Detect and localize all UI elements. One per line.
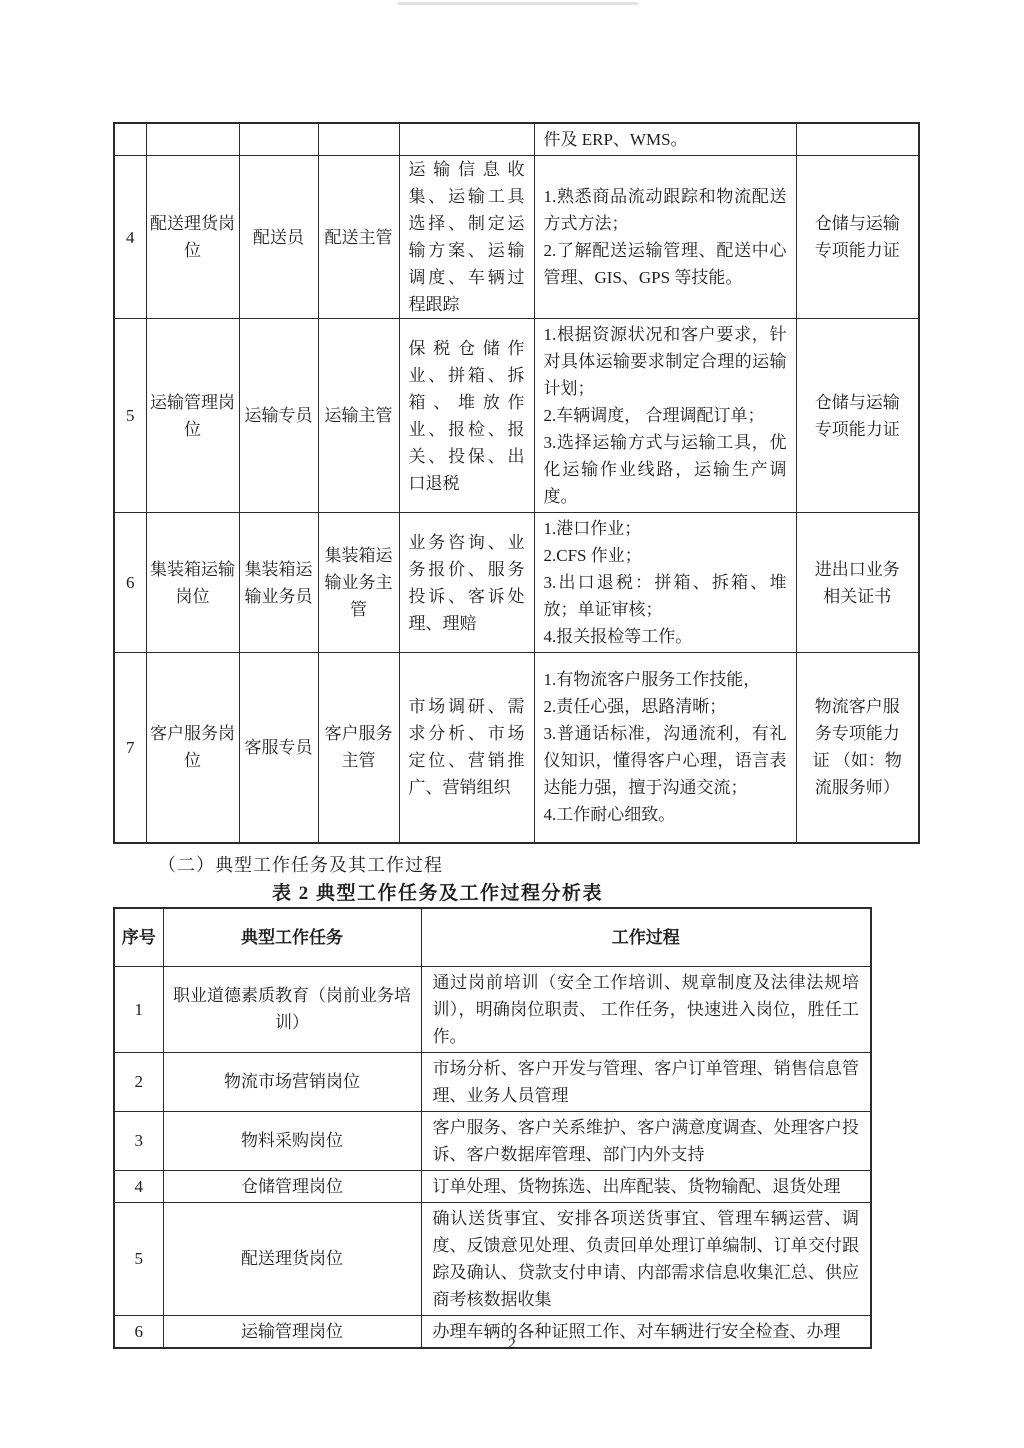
cell-position: 运输管理岗位 (146, 319, 239, 513)
cell-staff-title: 集装箱运输业务员 (239, 513, 318, 653)
cell-position: 客户服务岗位 (146, 653, 239, 843)
cell-task: 职业道德素质教育（岗前业务培训） (163, 966, 421, 1052)
header-process: 工作过程 (421, 908, 871, 966)
cell-certificate: 进出口业务相关证书 (796, 513, 919, 653)
positions-analysis-table: 件及 ERP、WMS。 4 配送理货岗位 配送员 配送主管 运输信息收集、运输工… (113, 122, 920, 844)
cell-supervisor-title: 运输主管 (318, 319, 399, 513)
cell-process: 通过岗前培训（安全工作培训、规章制度及法律法规培训），明确岗位职责、 工作任务，… (421, 966, 871, 1052)
cell-work-tasks: 运输信息收集、运输工具选择、制定运输方案、运输调度、车辆过程跟踪 (399, 156, 534, 319)
table-row: 3 物料采购岗位 客户服务、客户关系维护、客户满意度调查、处理客户投诉、客户数据… (114, 1111, 871, 1170)
cell-requirements: 1.有物流客户服务工作技能， 2.责任心强，思路清晰； 3.普通话标准，沟通流利… (534, 653, 796, 843)
cell-index: 5 (114, 1202, 163, 1315)
cell-staff-title: 客服专员 (239, 653, 318, 843)
table-row: 6 集装箱运输岗位 集装箱运输业务员 集装箱运输业务主管 业务咨询、业务报价、服… (114, 513, 919, 653)
cell-supervisor-title: 集装箱运输业务主管 (318, 513, 399, 653)
cell-index: 7 (114, 653, 146, 843)
cell-index: 4 (114, 156, 146, 319)
cell-position (146, 123, 239, 156)
cell-certificate (796, 123, 919, 156)
table-row-continuation: 件及 ERP、WMS。 (114, 123, 919, 156)
cell-certificate: 物流客户服务专项能力证 （如：物流服务师） (796, 653, 919, 843)
work-process-table: 序号 典型工作任务 工作过程 1 职业道德素质教育（岗前业务培训） 通过岗前培训… (113, 907, 872, 1349)
cell-supervisor-title (318, 123, 399, 156)
cell-process: 订单处理、货物拣选、出库配装、货物输配、退货处理 (421, 1170, 871, 1202)
cell-index: 5 (114, 319, 146, 513)
table-row: 4 仓储管理岗位 订单处理、货物拣选、出库配装、货物输配、退货处理 (114, 1170, 871, 1202)
cell-index: 6 (114, 513, 146, 653)
table-header-row: 序号 典型工作任务 工作过程 (114, 908, 871, 966)
cell-position: 集装箱运输岗位 (146, 513, 239, 653)
cell-work-tasks: 市场调研、需求分析、市场定位、营销推广、营销组织 (399, 653, 534, 843)
cell-index: 2 (114, 1052, 163, 1111)
cell-work-tasks: 业务咨询、业务报价、服务投诉、客诉处理、理赔 (399, 513, 534, 653)
cell-task: 物流市场营销岗位 (163, 1052, 421, 1111)
cell-position: 配送理货岗位 (146, 156, 239, 319)
cell-staff-title: 运输专员 (239, 319, 318, 513)
table-row: 5 运输管理岗位 运输专员 运输主管 保税仓储作业、拼箱、拆箱、堆放作业、报检、… (114, 319, 919, 513)
cell-certificate: 仓储与运输专项能力证 (796, 156, 919, 319)
table-row: 5 配送理货岗位 确认送货事宜、安排各项送货事宜、管理车辆运营、调度、反馈意见处… (114, 1202, 871, 1315)
header-task: 典型工作任务 (163, 908, 421, 966)
header-index: 序号 (114, 908, 163, 966)
cell-staff-title (239, 123, 318, 156)
cell-work-tasks: 保税仓储作业、拼箱、拆箱、堆放作业、报检、报关、投保、出口退税 (399, 319, 534, 513)
cell-staff-title: 配送员 (239, 156, 318, 319)
table2-caption: 表 2 典型工作任务及工作过程分析表 (272, 881, 603, 907)
cell-requirements: 1.熟悉商品流动跟踪和物流配送方式方法； 2.了解配送运输管理、配送中心管理、G… (534, 156, 796, 319)
table-row: 2 物流市场营销岗位 市场分析、客户开发与管理、客户订单管理、销售信息管理、业务… (114, 1052, 871, 1111)
cell-index: 3 (114, 1111, 163, 1170)
cell-requirements: 1.港口作业； 2.CFS 作业； 3.出口退税：拼箱、拆箱、堆放；单证审核； … (534, 513, 796, 653)
cell-task: 物料采购岗位 (163, 1111, 421, 1170)
document-page: 件及 ERP、WMS。 4 配送理货岗位 配送员 配送主管 运输信息收集、运输工… (0, 0, 1024, 1448)
cell-requirements: 件及 ERP、WMS。 (534, 123, 796, 156)
cell-process: 确认送货事宜、安排各项送货事宜、管理车辆运营、调度、反馈意见处理、负责回单处理订… (421, 1202, 871, 1315)
scan-artifact (398, 2, 638, 5)
cell-index: 4 (114, 1170, 163, 1202)
cell-index (114, 123, 146, 156)
cell-requirements: 1.根据资源状况和客户要求，针对具体运输要求制定合理的运输计划； 2.车辆调度，… (534, 319, 796, 513)
table-row: 4 配送理货岗位 配送员 配送主管 运输信息收集、运输工具选择、制定运输方案、运… (114, 156, 919, 319)
cell-task: 配送理货岗位 (163, 1202, 421, 1315)
page-number: 2 (0, 1336, 1024, 1353)
cell-work-tasks (399, 123, 534, 156)
cell-supervisor-title: 配送主管 (318, 156, 399, 319)
table-row: 1 职业道德素质教育（岗前业务培训） 通过岗前培训（安全工作培训、规章制度及法律… (114, 966, 871, 1052)
cell-certificate: 仓储与运输专项能力证 (796, 319, 919, 513)
section-heading: （二）典型工作任务及其工作过程 (158, 853, 443, 877)
cell-process: 市场分析、客户开发与管理、客户订单管理、销售信息管理、业务人员管理 (421, 1052, 871, 1111)
cell-supervisor-title: 客户服务主管 (318, 653, 399, 843)
cell-index: 1 (114, 966, 163, 1052)
cell-task: 仓储管理岗位 (163, 1170, 421, 1202)
cell-process: 客户服务、客户关系维护、客户满意度调查、处理客户投诉、客户数据库管理、部门内外支… (421, 1111, 871, 1170)
table-row: 7 客户服务岗位 客服专员 客户服务主管 市场调研、需求分析、市场定位、营销推广… (114, 653, 919, 843)
